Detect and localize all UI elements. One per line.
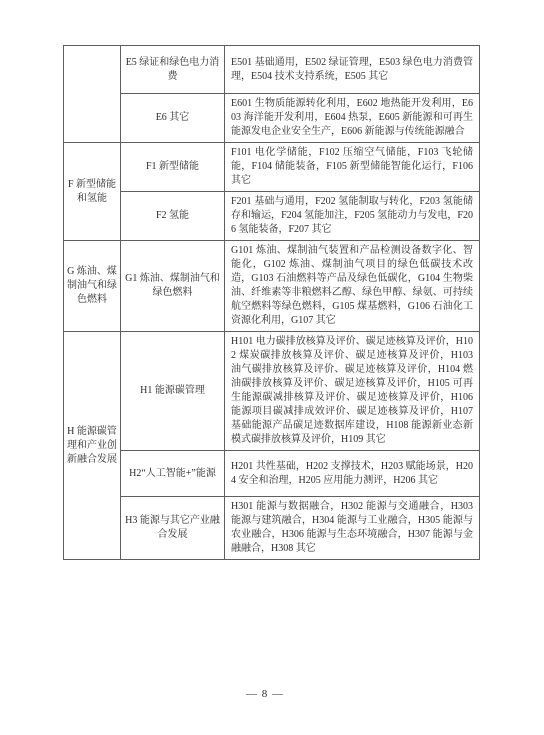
items-cell-h2: H201 共性基础，H202 支撑技术，H203 赋能场景，H204 安全和治理… <box>225 451 480 497</box>
items-cell-f1: F101 电化学储能，F102 压缩空气储能，F103 飞轮储能，F104 储能… <box>225 143 480 192</box>
category-cell-f: F 新型储能和氢能 <box>64 143 121 241</box>
category-cell-e <box>64 46 121 143</box>
items-cell-h1: H101 电力碳排放核算及评价、碳足迹核算及评价，H102 煤炭碳排放核算及评价… <box>225 332 480 451</box>
category-cell-g: G 炼油、煤制油气和绿色燃料 <box>64 241 121 332</box>
subcategory-cell-h1: H1 能源碳管理 <box>121 332 225 451</box>
table-row: H3 能源与其它产业融合发展 H301 能源与数据融合，H302 能源与交通融合… <box>64 497 480 560</box>
subcategory-cell-e6: E6 其它 <box>121 94 225 143</box>
items-cell-g1: G101 炼油、煤制油气装置和产品检测设备数字化、智能化，G102 炼油、煤制油… <box>225 241 480 332</box>
items-cell-e5: E501 基础通用，E502 绿证管理，E503 绿色电力消费管理，E504 技… <box>225 46 480 94</box>
items-cell-e6: E601 生物质能源转化利用，E602 地热能开发利用，E603 海洋能开发利用… <box>225 94 480 143</box>
table-row: H 能源碳管理和产业创新融合发展 H1 能源碳管理 H101 电力碳排放核算及评… <box>64 332 480 451</box>
subcategory-cell-g1: G1 炼油、煤制油气和绿色燃料 <box>121 241 225 332</box>
page-number: — 8 — <box>0 688 530 700</box>
items-cell-f2: F201 基础与通用，F202 氢能制取与转化，F203 氢能储存和输运，F20… <box>225 192 480 241</box>
subcategory-cell-e5: E5 绿证和绿色电力消费 <box>121 46 225 94</box>
table-row: H2“人工智能+”能源 H201 共性基础，H202 支撑技术，H203 赋能场… <box>64 451 480 497</box>
table-row: G 炼油、煤制油气和绿色燃料 G1 炼油、煤制油气和绿色燃料 G101 炼油、煤… <box>64 241 480 332</box>
table-row: E6 其它 E601 生物质能源转化利用，E602 地热能开发利用，E603 海… <box>64 94 480 143</box>
classification-table: E5 绿证和绿色电力消费 E501 基础通用，E502 绿证管理，E503 绿色… <box>63 45 480 560</box>
table-row: F2 氢能 F201 基础与通用，F202 氢能制取与转化，F203 氢能储存和… <box>64 192 480 241</box>
document-page: { "page": { "number": "— 8 —" }, "table"… <box>0 0 544 735</box>
category-cell-h: H 能源碳管理和产业创新融合发展 <box>64 332 121 560</box>
subcategory-cell-f2: F2 氢能 <box>121 192 225 241</box>
table-row: F 新型储能和氢能 F1 新型储能 F101 电化学储能，F102 压缩空气储能… <box>64 143 480 192</box>
subcategory-cell-h2: H2“人工智能+”能源 <box>121 451 225 497</box>
subcategory-cell-f1: F1 新型储能 <box>121 143 225 192</box>
items-cell-h3: H301 能源与数据融合，H302 能源与交通融合，H303 能源与建筑融合，H… <box>225 497 480 560</box>
table-row: E5 绿证和绿色电力消费 E501 基础通用，E502 绿证管理，E503 绿色… <box>64 46 480 94</box>
subcategory-cell-h3: H3 能源与其它产业融合发展 <box>121 497 225 560</box>
